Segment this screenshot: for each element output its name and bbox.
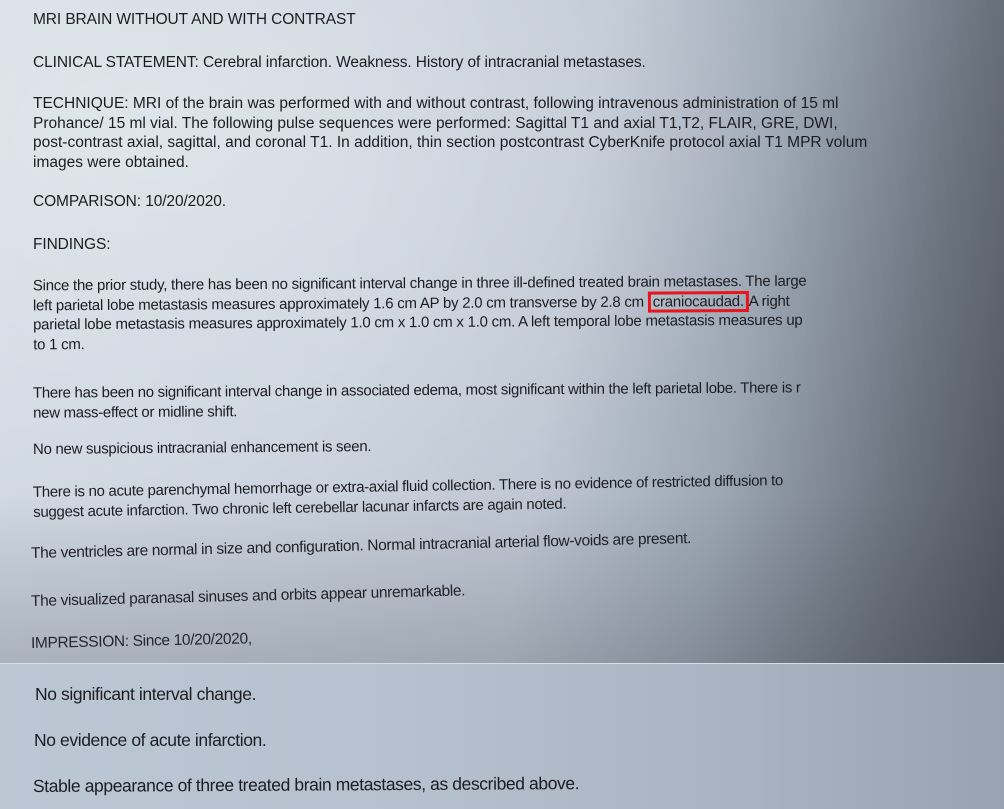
impression-item: No significant interval change. bbox=[35, 685, 256, 704]
impression-heading: IMPRESSION: Since 10/20/2020, bbox=[31, 629, 252, 653]
report-title: MRI BRAIN WITHOUT AND WITH CONTRAST bbox=[33, 10, 356, 29]
technique-line: Prohance/ 15 ml vial. The following puls… bbox=[33, 114, 867, 134]
findings-paragraph-6: The visualized paranasal sinuses and orb… bbox=[31, 581, 466, 611]
findings-text: left parietal lobe metastasis measures a… bbox=[33, 293, 644, 314]
technique-line: post-contrast axial, sagittal, and coron… bbox=[33, 133, 867, 153]
findings-paragraph-2: There has been no significant interval c… bbox=[33, 378, 801, 422]
report-page-upper: MRI BRAIN WITHOUT AND WITH CONTRAST CLIN… bbox=[0, 0, 1004, 663]
comparison: COMPARISON: 10/20/2020. bbox=[33, 192, 226, 211]
technique-line: images were obtained. bbox=[33, 153, 867, 173]
clinical-statement: CLINICAL STATEMENT: Cerebral infarction.… bbox=[33, 53, 646, 72]
technique-section: TECHNIQUE: MRI of the brain was performe… bbox=[33, 94, 867, 172]
report-page-lower: No significant interval change. No evide… bbox=[0, 663, 1004, 809]
impression-item: No evidence of acute infarction. bbox=[34, 731, 266, 750]
findings-paragraph-1: Since the prior study, there has been no… bbox=[33, 272, 807, 355]
findings-paragraph-5: The ventricles are normal in size and co… bbox=[31, 529, 691, 563]
findings-heading: FINDINGS: bbox=[33, 235, 110, 254]
highlighted-term: craniocaudad. bbox=[648, 290, 749, 312]
report-photo: MRI BRAIN WITHOUT AND WITH CONTRAST CLIN… bbox=[0, 0, 1004, 809]
findings-paragraph-4: There is no acute parenchymal hemorrhage… bbox=[33, 471, 784, 522]
findings-text: A right bbox=[749, 292, 790, 309]
impression-item: Stable appearance of three treated brain… bbox=[33, 774, 579, 796]
findings-paragraph-3: No new suspicious intracranial enhanceme… bbox=[33, 437, 371, 459]
technique-line: TECHNIQUE: MRI of the brain was performe… bbox=[33, 94, 867, 114]
